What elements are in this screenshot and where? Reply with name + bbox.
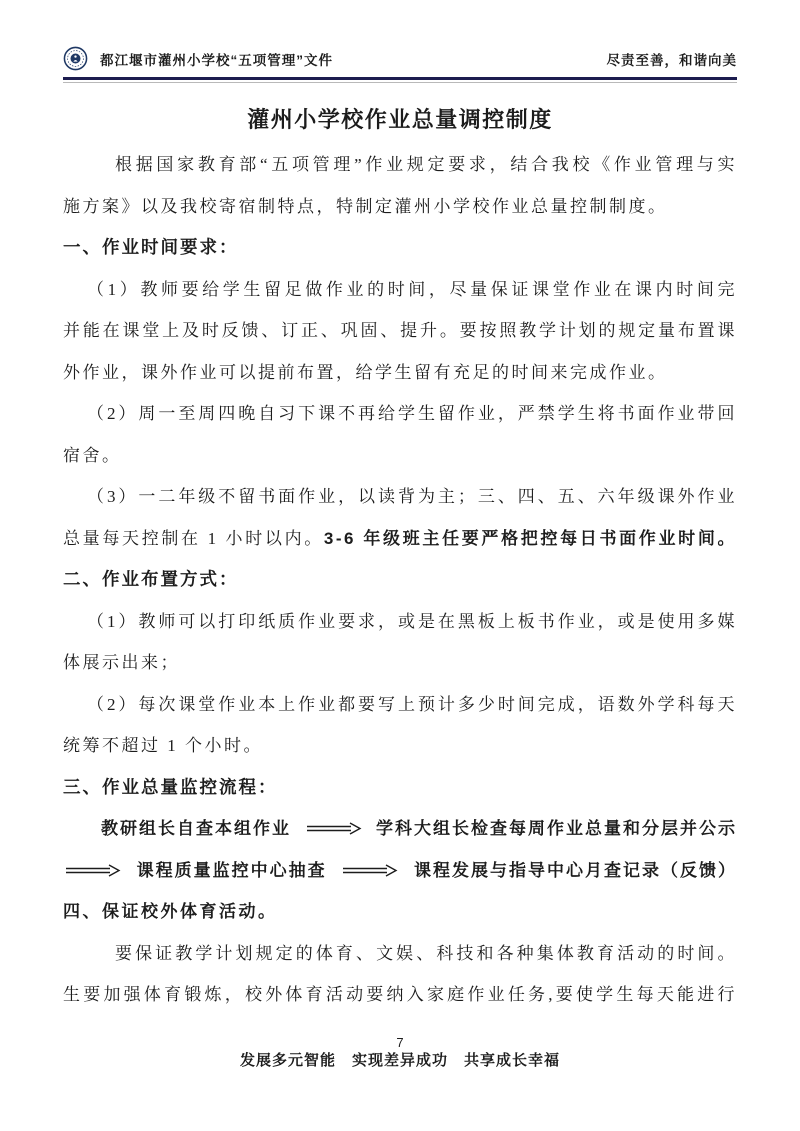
document-body: 根据国家教育部“五项管理”作业规定要求，结合我校《作业管理与实 施方案》以及我校… bbox=[63, 144, 737, 1016]
section-heading-1: 一、作业时间要求： bbox=[63, 227, 737, 269]
section-heading-2: 二、作业布置方式： bbox=[63, 559, 737, 601]
page-number: 7 bbox=[0, 1034, 800, 1051]
item-line: （1）教师要给学生留足做作业的时间，尽量保证课堂作业在课内时间完成， bbox=[63, 269, 737, 311]
flow-step-label: 课程质量监控中心抽查 bbox=[137, 850, 327, 892]
footer-motto: 发展多元智能 实现差异成功 共享成长幸福 bbox=[0, 1051, 800, 1071]
item-text-normal: 总量每天控制在 1 小时以内。 bbox=[63, 529, 324, 548]
paragraph-line: 要保证教学计划规定的体育、文娱、科技和各种集体教育活动的时间。学 bbox=[63, 933, 737, 975]
item-line: （2）周一至周四晚自习下课不再给学生留作业，严禁学生将书面作业带回 bbox=[63, 393, 737, 435]
item-line-mixed: 总量每天控制在 1 小时以内。3-6 年级班主任要严格把控每日书面作业时间。 bbox=[63, 518, 737, 560]
section-heading-4: 四、保证校外体育活动。 bbox=[63, 891, 737, 933]
school-emblem-icon bbox=[63, 46, 88, 71]
item-line: 体展示出来； bbox=[63, 642, 737, 684]
paragraph-intro-line: 施方案》以及我校寄宿制特点，特制定灌州小学校作业总量控制制度。 bbox=[63, 186, 737, 228]
item-line: 宿舍。 bbox=[63, 435, 737, 477]
flow-arrow-icon bbox=[342, 864, 398, 877]
document-title: 灌州小学校作业总量调控制度 bbox=[63, 103, 737, 134]
item-line: （2）每次课堂作业本上作业都要写上预计多少时间完成，语数外学科每天 bbox=[63, 684, 737, 726]
flow-line-2: 课程质量监控中心抽查 课程发展与指导中心月查记录（反馈） bbox=[63, 850, 737, 892]
flow-arrow-icon bbox=[306, 822, 362, 835]
header-doc-label: 都江堰市灌州小学校“五项管理”文件 bbox=[100, 49, 607, 69]
item-line: 统筹不超过 1 个小时。 bbox=[63, 725, 737, 767]
item-line: 并能在课堂上及时反馈、订正、巩固、提升。要按照教学计划的规定量布置课 bbox=[63, 310, 737, 352]
flow-line-1: 教研组长自查本组作业 学科大组长检查每周作业总量和分层并公示 bbox=[63, 808, 737, 850]
flow-arrow-icon bbox=[65, 864, 121, 877]
page-footer: 7 发展多元智能 实现差异成功 共享成长幸福 bbox=[0, 1034, 800, 1071]
page-header: 都江堰市灌州小学校“五项管理”文件 尽责至善，和谐向美 bbox=[63, 46, 737, 80]
item-line: （1）教师可以打印纸质作业要求，或是在黑板上板书作业，或是使用多媒 bbox=[63, 601, 737, 643]
document-page: 都江堰市灌州小学校“五项管理”文件 尽责至善，和谐向美 灌州小学校作业总量调控制… bbox=[0, 0, 800, 1131]
header-underline bbox=[63, 82, 737, 83]
item-text-bold: 3-6 年级班主任要严格把控每日书面作业时间。 bbox=[324, 529, 737, 548]
item-line: （3）一二年级不留书面作业，以读背为主；三、四、五、六年级课外作业 bbox=[63, 476, 737, 518]
flow-step-label: 学科大组长检查每周作业总量和分层并公示 bbox=[376, 808, 737, 850]
paragraph-line: 生要加强体育锻炼，校外体育活动要纳入家庭作业任务,要使学生每天能进行 bbox=[63, 974, 737, 1016]
flow-step-label: 教研组长自查本组作业 bbox=[101, 808, 291, 850]
section-heading-3: 三、作业总量监控流程： bbox=[63, 767, 737, 809]
item-line: 外作业，课外作业可以提前布置，给学生留有充足的时间来完成作业。 bbox=[63, 352, 737, 394]
paragraph-intro-line: 根据国家教育部“五项管理”作业规定要求，结合我校《作业管理与实 bbox=[63, 144, 737, 186]
flow-step-label: 课程发展与指导中心月查记录（反馈） bbox=[414, 850, 737, 892]
header-motto: 尽责至善，和谐向美 bbox=[607, 49, 738, 69]
